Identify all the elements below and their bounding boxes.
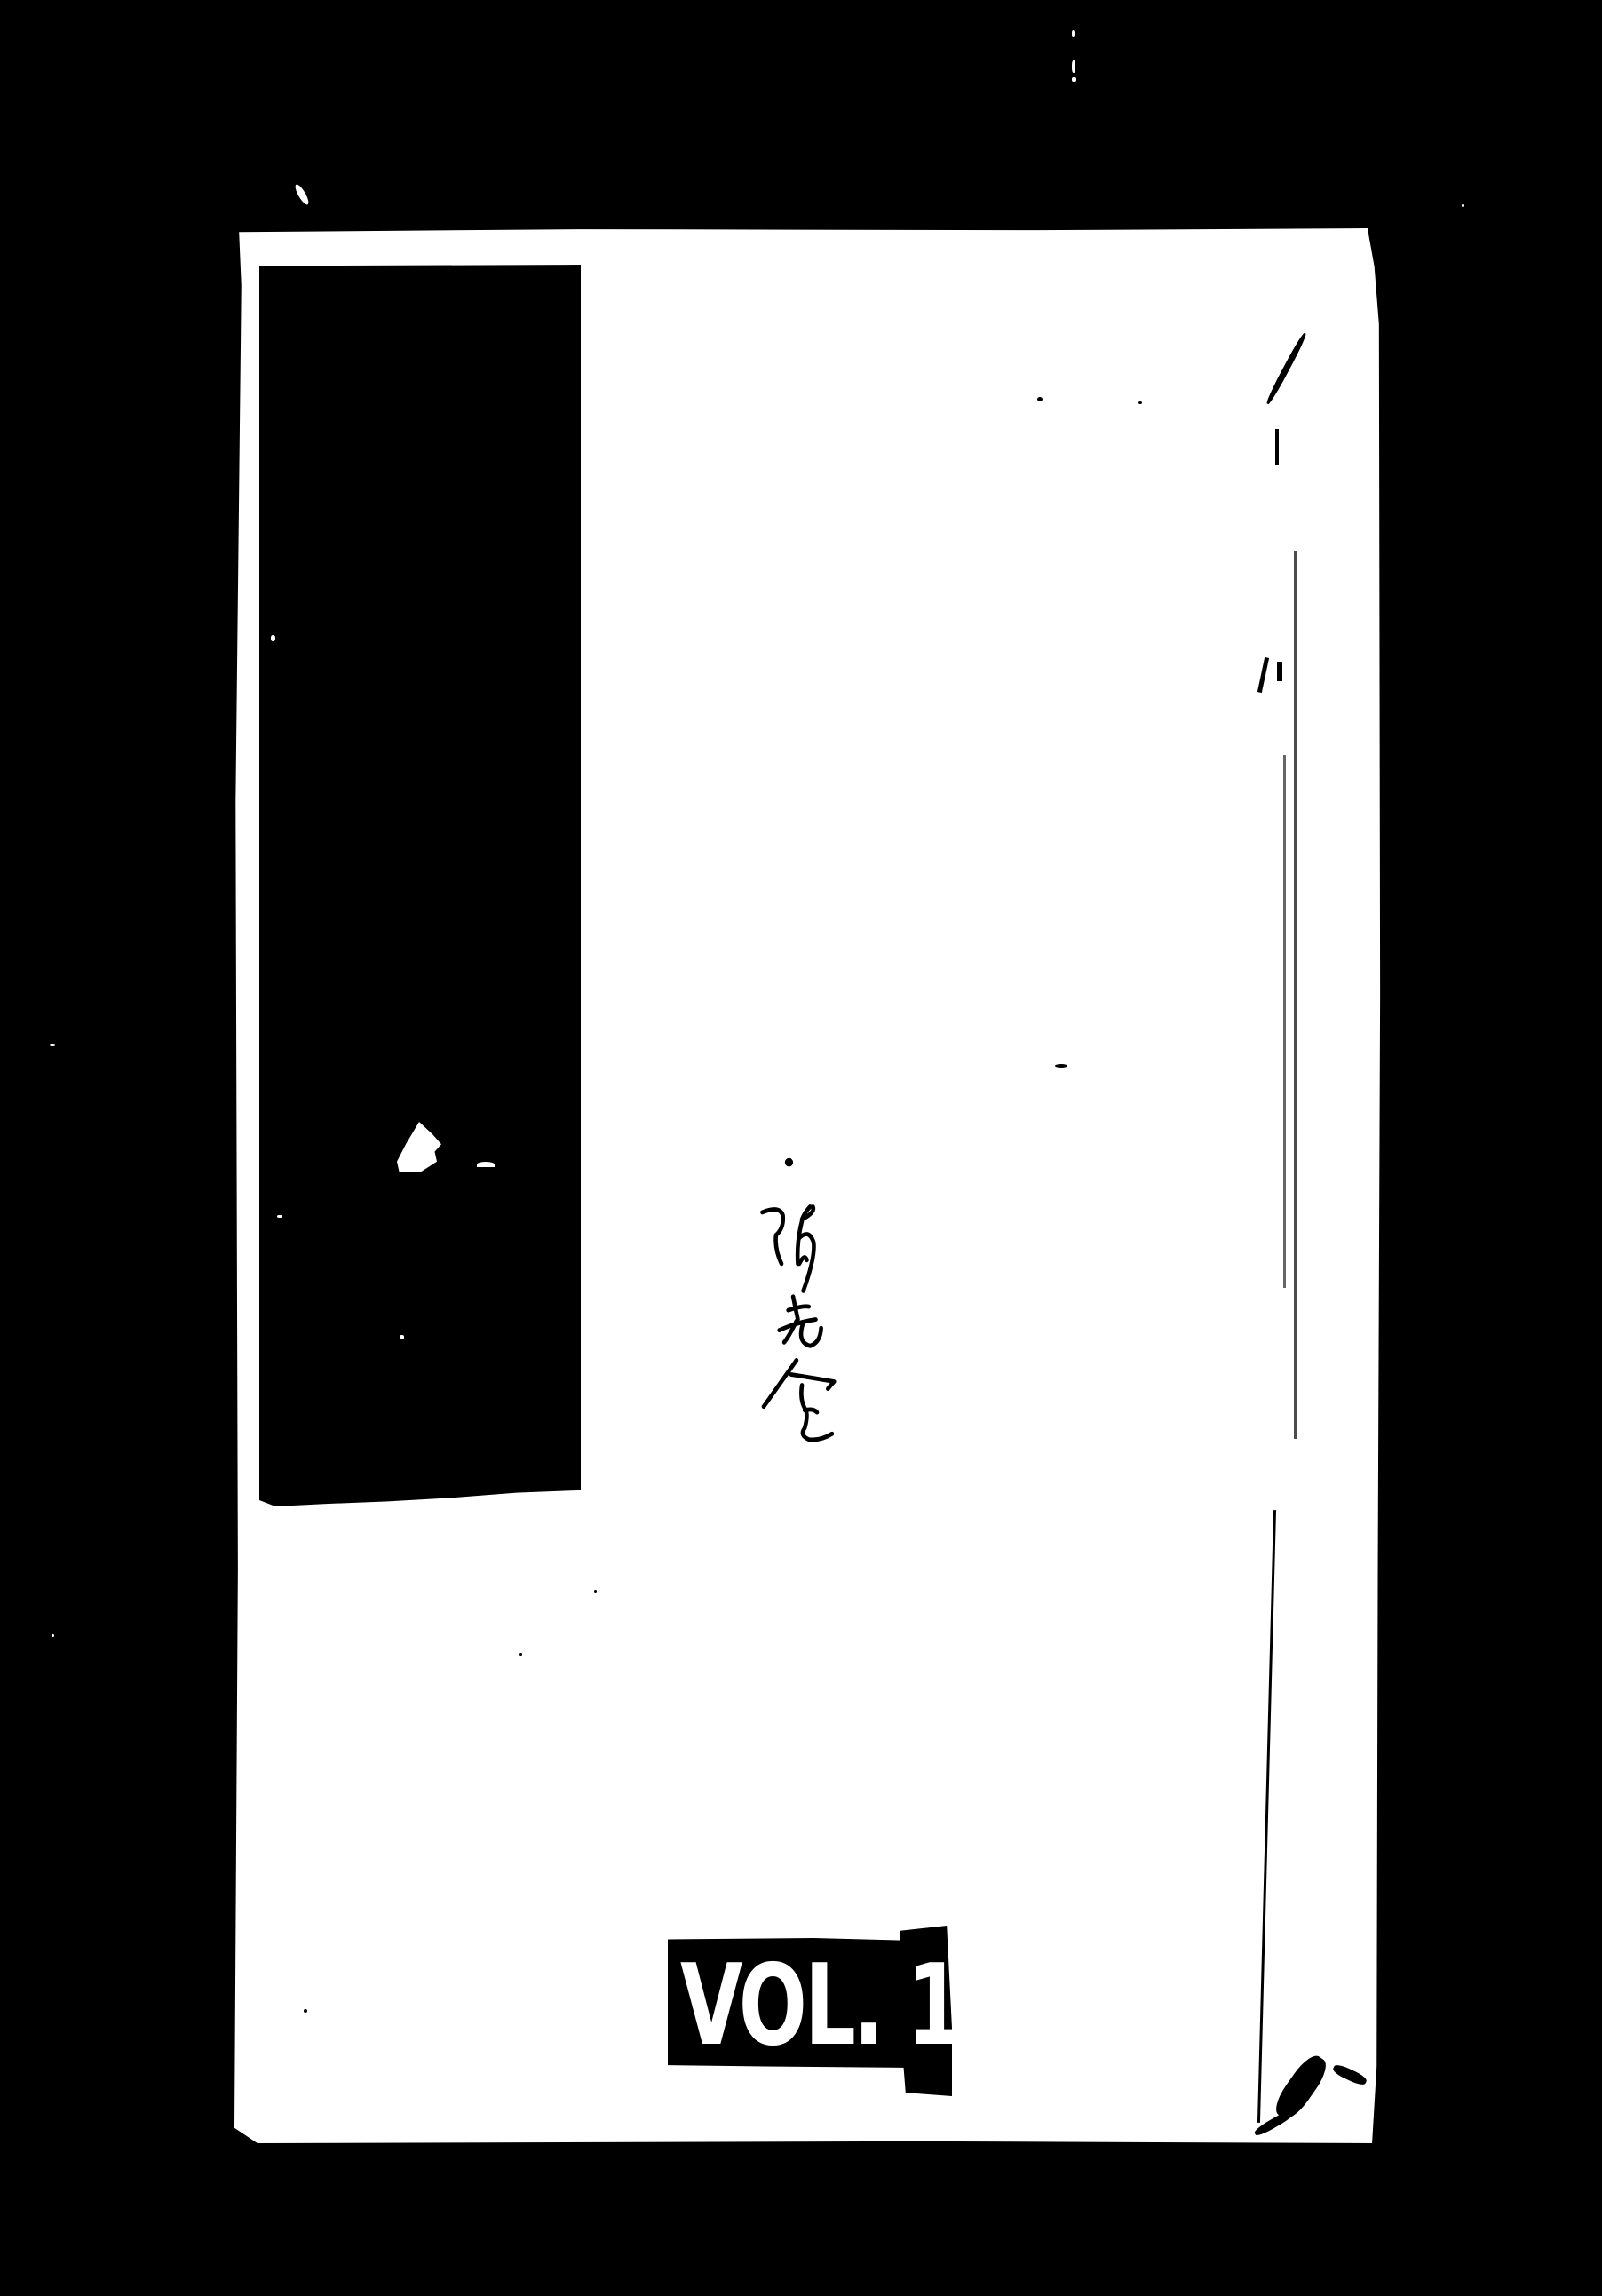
paper-speck [1055, 1064, 1067, 1068]
title-slip-blemish [271, 635, 275, 641]
margin-mark [1072, 77, 1076, 82]
signature-strokes [728, 1128, 906, 1457]
volume-label-text: VOL. 1 [680, 1943, 872, 2068]
margin-mark [50, 1044, 55, 1046]
handwritten-signature: 陳光全 [728, 1128, 906, 1457]
spine-fold-line [1275, 429, 1279, 465]
spine-fold-line [1294, 551, 1297, 1439]
spine-fold-line [1283, 755, 1286, 1288]
paper-speck [519, 1653, 522, 1656]
margin-mark [1072, 60, 1075, 73]
paper-speck [1037, 397, 1043, 401]
signature-text: 陳光全 [728, 1128, 729, 1129]
title-slip-blemish [400, 1335, 404, 1339]
margin-mark [1462, 204, 1464, 207]
title-slip [259, 265, 581, 1506]
paper-speck [304, 2009, 307, 2013]
title-slip-blemish [477, 1162, 495, 1167]
spine-fold-line [1277, 662, 1282, 681]
margin-mark [52, 1634, 54, 1637]
paper-speck [1138, 401, 1142, 404]
margin-mark [1072, 30, 1075, 37]
paper-speck [594, 1590, 597, 1593]
title-slip-blemish [277, 1215, 282, 1218]
volume-label: VOL. 1 [668, 1936, 950, 2087]
